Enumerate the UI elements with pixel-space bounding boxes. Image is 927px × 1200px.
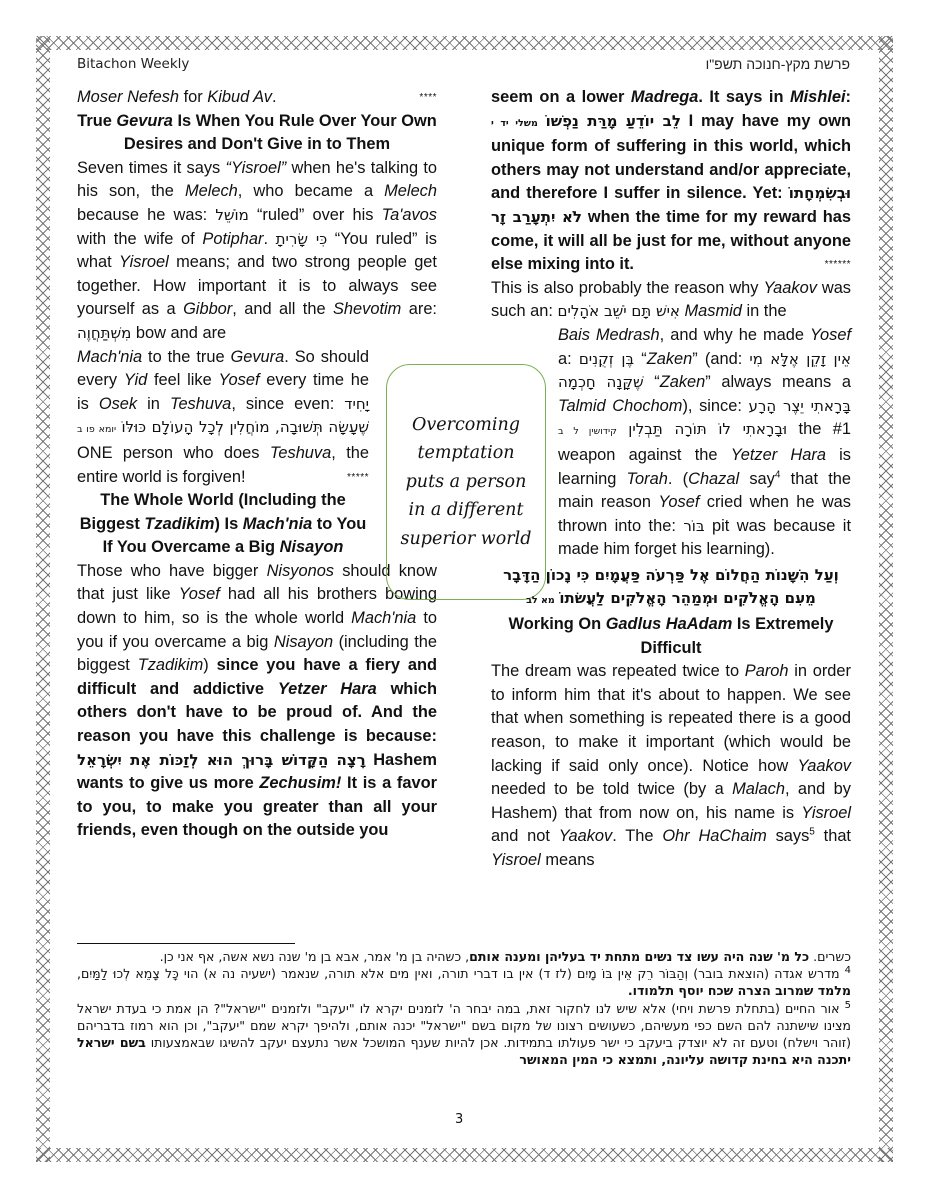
footnote-number: 5 [845, 999, 851, 1010]
text-span: Nisayon [274, 633, 333, 651]
hebrew-quote: לֵב יוֹדֵעַ מָרַּת נַפְשׁוֹ [546, 112, 681, 130]
body-paragraph: The dream was repeated twice to Paroh in… [491, 660, 851, 872]
text-span: to the true [142, 348, 230, 366]
newsletter-title: Bitachon Weekly [77, 56, 189, 72]
text-span: Gadlus HaAdam [606, 615, 733, 633]
text-span: feel like [147, 371, 218, 389]
text-span: Seven times it says [77, 159, 226, 177]
left-column: Moser Nefesh for Kibud Av. **** True Gev… [77, 86, 437, 843]
text-span: Chazal [688, 470, 739, 488]
text-span: “Yisroel” [226, 159, 287, 177]
section-divider-stars: ***** [347, 466, 369, 490]
text-span: ” always means a [705, 373, 851, 391]
footnote-5: 5 אור החיים (בתחלת פרשת ויחי) אלא שיש לנ… [77, 1000, 851, 1069]
body-paragraph: Seven times it says “Yisroel” when he's … [77, 157, 437, 346]
text-span: Potiphar [202, 230, 263, 248]
text-span: Yaakov [763, 279, 816, 297]
hebrew-quote: רָצָה הַקָּדוֹשׁ בָּרוּךְ הוּא לְזַכּוֹת… [77, 751, 366, 769]
text-span: Mach'nia [243, 515, 312, 533]
text-span: Ohr HaChaim [662, 827, 766, 845]
text-span: that [815, 827, 851, 845]
footnote-separator [77, 943, 295, 944]
text-span: Yisroel [801, 804, 851, 822]
intro-line: Moser Nefesh for Kibud Av. **** [77, 86, 437, 110]
text-span: ), since: [682, 397, 748, 415]
text-span: , כשהיה בן מ' אמר, אבא בן מ' שנה נשא אשה… [160, 949, 470, 964]
footnotes: כשרים. כל מ' שנה היה עשו צד נשים מתחת יד… [77, 948, 851, 1068]
text-span: a: [558, 350, 579, 368]
text-span: Osek [99, 395, 137, 413]
text-span: Working On [509, 615, 606, 633]
text-span: . [263, 230, 275, 248]
body-paragraph-wrapped: Bais Medrash, and why he made Yosef a: ב… [558, 324, 851, 562]
text-span: Ta'avos [382, 206, 437, 224]
page-number: 3 [455, 1112, 463, 1127]
text-span: מלמד שמרוב הצרה שכח יוסף תלמודו. [628, 983, 851, 998]
text-span: Tzadikim [138, 656, 204, 674]
text-span: Tzadikim [144, 515, 214, 533]
text-span: in [137, 395, 170, 413]
text-span: אור החיים (בתחלת פרשת ויחי) אלא שיש לנו … [77, 1001, 851, 1050]
text-span: are: [401, 300, 437, 318]
text-span: Yid [124, 371, 147, 389]
source-citation: קידושין ל ב [558, 426, 617, 437]
source-citation: מא לב [526, 595, 555, 606]
pasuk-quote: וְעַל הִשָּׁנוֹת הַחֲלוֹם אֶל פַּרְעֹה פ… [491, 564, 851, 613]
text-span: Madrega [631, 88, 698, 106]
body-paragraph: Those who have bigger Nisyonos should kn… [77, 560, 437, 843]
text-span: Mach'nia [351, 609, 416, 627]
text-span: . [272, 88, 277, 106]
text-span: . ( [668, 470, 688, 488]
text-span: Yisroel [491, 851, 541, 869]
hebrew-quote: בֶּן זְקֻנִים [579, 350, 634, 368]
text-span: in the [742, 302, 787, 320]
hebrew-quote: כִּי שָׂרִיתָ [276, 230, 327, 248]
text-span: Shevotim [333, 300, 401, 318]
section-heading: True Gevura Is When You Rule Over Your O… [77, 110, 437, 157]
text-span: . The [612, 827, 662, 845]
text-span: Yisroel [119, 253, 169, 271]
text-span: Torah [627, 470, 668, 488]
body-paragraph-wrapped: Mach'nia to the true Gevura. So should e… [77, 346, 369, 490]
parsha-header: פרשת מקץ-חנוכה תשפ"ו [706, 56, 850, 72]
text-span: Yosef [658, 493, 699, 511]
text-span: True [77, 112, 116, 130]
text-span: Nisyonos [267, 562, 334, 580]
text-span: needed to be told twice (by a [491, 780, 732, 798]
body-paragraph: This is also probably the reason why Yaa… [491, 277, 851, 324]
text-span: Yaakov [559, 827, 612, 845]
text-span: ” (and: [692, 350, 749, 368]
text-span: Teshuva [270, 444, 331, 462]
text-span: , and all the [232, 300, 333, 318]
text-span: Gevura [231, 348, 285, 366]
source-citation: יומא פו ב [77, 424, 116, 435]
text-span: Those who have bigger [77, 562, 267, 580]
text-span: Gibbor [183, 300, 232, 318]
section-heading: The Whole World (Including the Biggest T… [77, 489, 369, 560]
footnote-continuation: כשרים. כל מ' שנה היה עשו צד נשים מתחת יד… [77, 948, 851, 965]
text-span: Nisayon [280, 538, 344, 556]
text-span: ) [203, 656, 216, 674]
text-span: Malach [732, 780, 785, 798]
text-span: Zaken [660, 373, 706, 391]
text-span: Melech [185, 182, 238, 200]
source-citation: משלי יד י [491, 118, 538, 129]
text-span: bow and are [131, 324, 226, 342]
text-span: for [179, 88, 207, 106]
text-span: Yosef [810, 326, 851, 344]
text-span: means [541, 851, 595, 869]
hebrew-quote: מִשְׁתַּחֲוֶה [77, 324, 131, 342]
text-span: , since even: [231, 395, 344, 413]
body-paragraph: seem on a lower Madrega. It says in Mish… [491, 86, 851, 277]
text-span: ONE person who does [77, 444, 270, 462]
text-span: Mishlei [790, 88, 846, 106]
text-span: , and why he made [660, 326, 810, 344]
text-span: Bais Medrash [558, 326, 660, 344]
text-span: Paroh [745, 662, 789, 680]
text-span: This is also probably the reason why [491, 279, 763, 297]
footnote-number: 4 [845, 965, 851, 976]
text-span: Yaakov [798, 757, 851, 775]
text-span: כשרים. [809, 949, 851, 964]
hebrew-quote: בּוֹר [683, 517, 704, 535]
text-span: Gevura [116, 112, 173, 130]
hebrew-quote: אִישׁ תָּם יֹשֵׁב אֹהָלִים [558, 302, 680, 320]
text-span: and not [491, 827, 559, 845]
text-span: Mach'nia [77, 348, 142, 366]
text-span: seem on a lower [491, 88, 631, 106]
text-span: “ [644, 373, 660, 391]
text-span: Yetzer Hara [731, 446, 826, 464]
section-divider-stars: ****** [825, 253, 851, 277]
text-span: Zechusim! [259, 774, 341, 792]
hebrew-quote: מוֹשֵׁל [215, 206, 248, 224]
text-span: says [767, 827, 810, 845]
text-span: because he was: [77, 206, 215, 224]
text-span: : [846, 88, 851, 106]
text-span: with the wife of [77, 230, 202, 248]
text-span: . It says in [698, 88, 790, 106]
text-span: כל מ' שנה היה עשו צד נשים מתחת יד בעליהן… [469, 949, 809, 964]
text-span: Yosef [179, 585, 220, 603]
text-span: Melech [384, 182, 437, 200]
text-span: “ [634, 350, 647, 368]
text-span: Zaken [647, 350, 693, 368]
text-span: , who became a [238, 182, 384, 200]
right-column: seem on a lower Madrega. It says in Mish… [491, 86, 851, 873]
text-span: The dream was repeated twice to [491, 662, 745, 680]
section-divider-stars: **** [419, 86, 437, 110]
footnote-4: 4 מדרש אגדה (הוצאת בובר) וְהַבּוֹר רֵק א… [77, 965, 851, 999]
text-span: “ruled” over his [249, 206, 382, 224]
text-span: Moser Nefesh [77, 88, 179, 106]
text-span: Masmid [685, 302, 742, 320]
text-span: say [739, 470, 775, 488]
text-span: Yosef [218, 371, 259, 389]
text-span: ) Is [215, 515, 243, 533]
text-span: מדרש אגדה (הוצאת בובר) וְהַבּוֹר רֵק אֵי… [77, 966, 845, 981]
section-heading: Working On Gadlus HaAdam Is Extremely Di… [491, 613, 851, 660]
text-span: Teshuva [170, 395, 231, 413]
text-span: Kibud Av [207, 88, 272, 106]
text-span: Talmid Chochom [558, 397, 682, 415]
text-span: Yetzer Hara [278, 680, 377, 698]
